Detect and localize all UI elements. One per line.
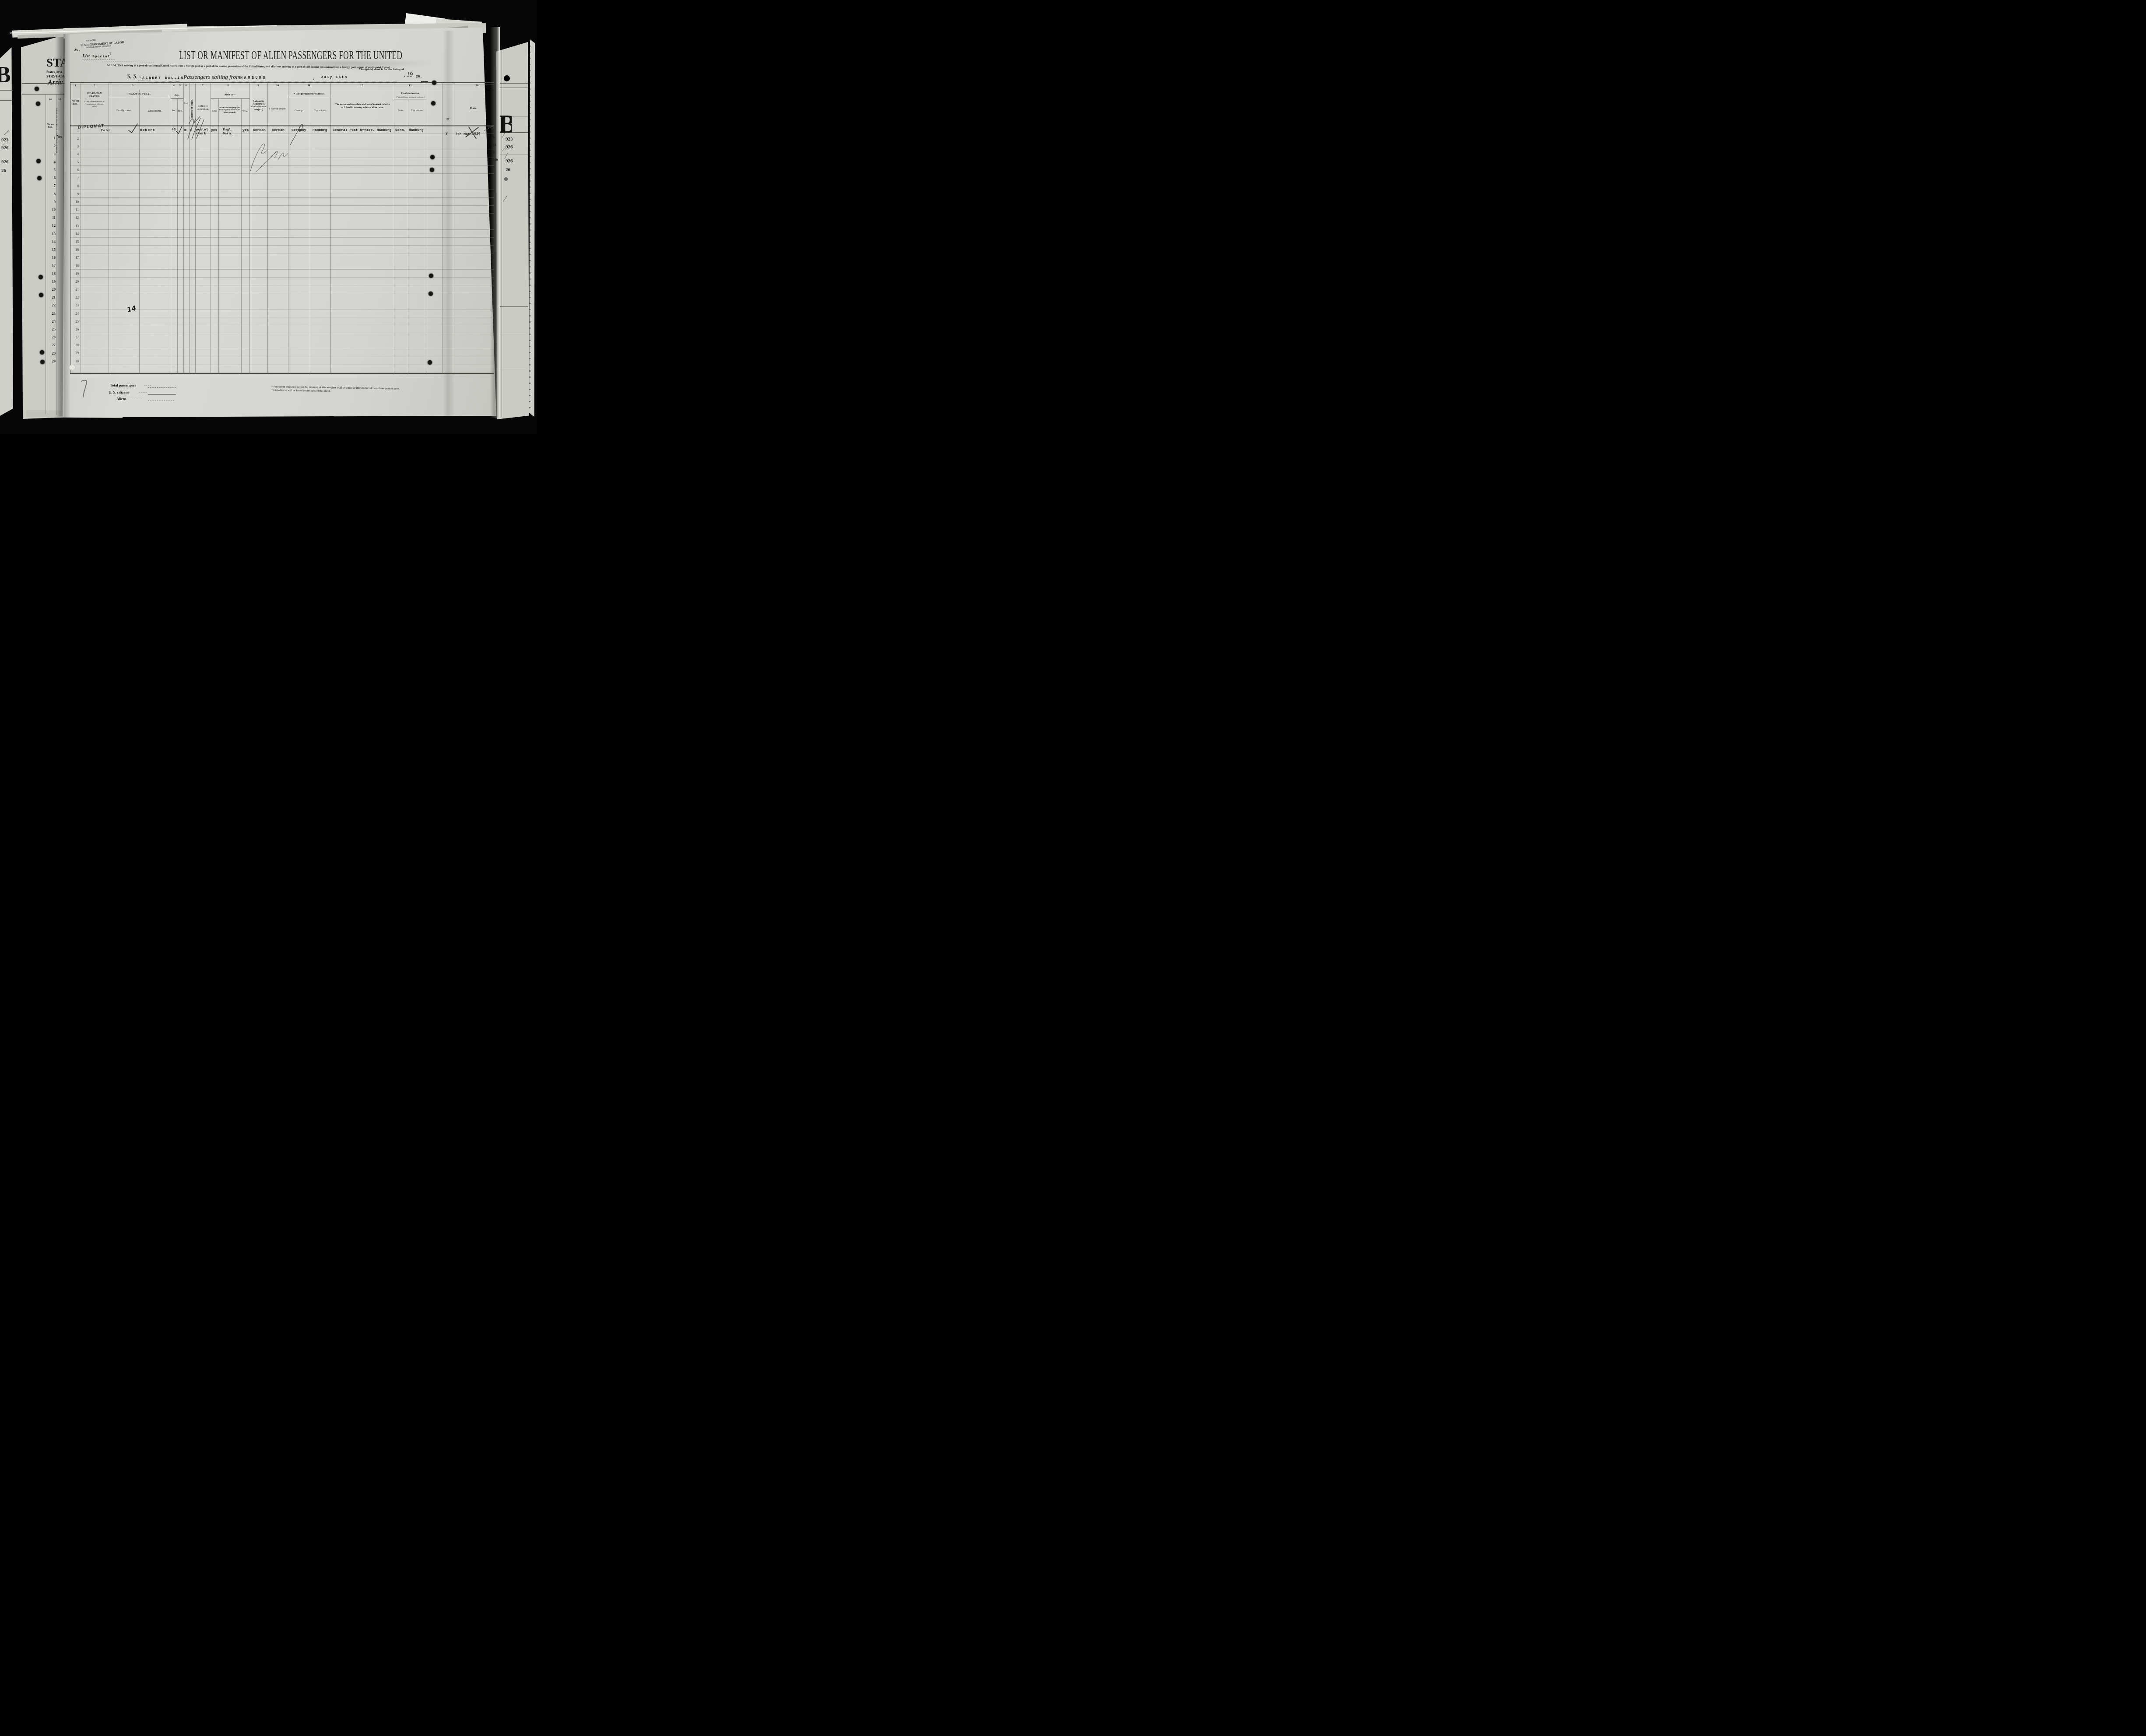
check-date-cross	[469, 127, 476, 139]
pencil-mark-under-page	[502, 133, 505, 138]
pencil-mark-left-strip	[4, 130, 9, 135]
pencil-seven	[81, 380, 87, 397]
scribble-signature	[250, 144, 268, 171]
scribble-flourish	[188, 119, 196, 139]
scanned-manifest-photo: B 92392692626 STA States, or a FIRST-CAB…	[0, 0, 537, 434]
handwriting-overlay	[0, 0, 537, 434]
pencil-mark-right	[484, 126, 493, 131]
check-sex	[176, 126, 182, 134]
check-family-name	[129, 124, 137, 133]
